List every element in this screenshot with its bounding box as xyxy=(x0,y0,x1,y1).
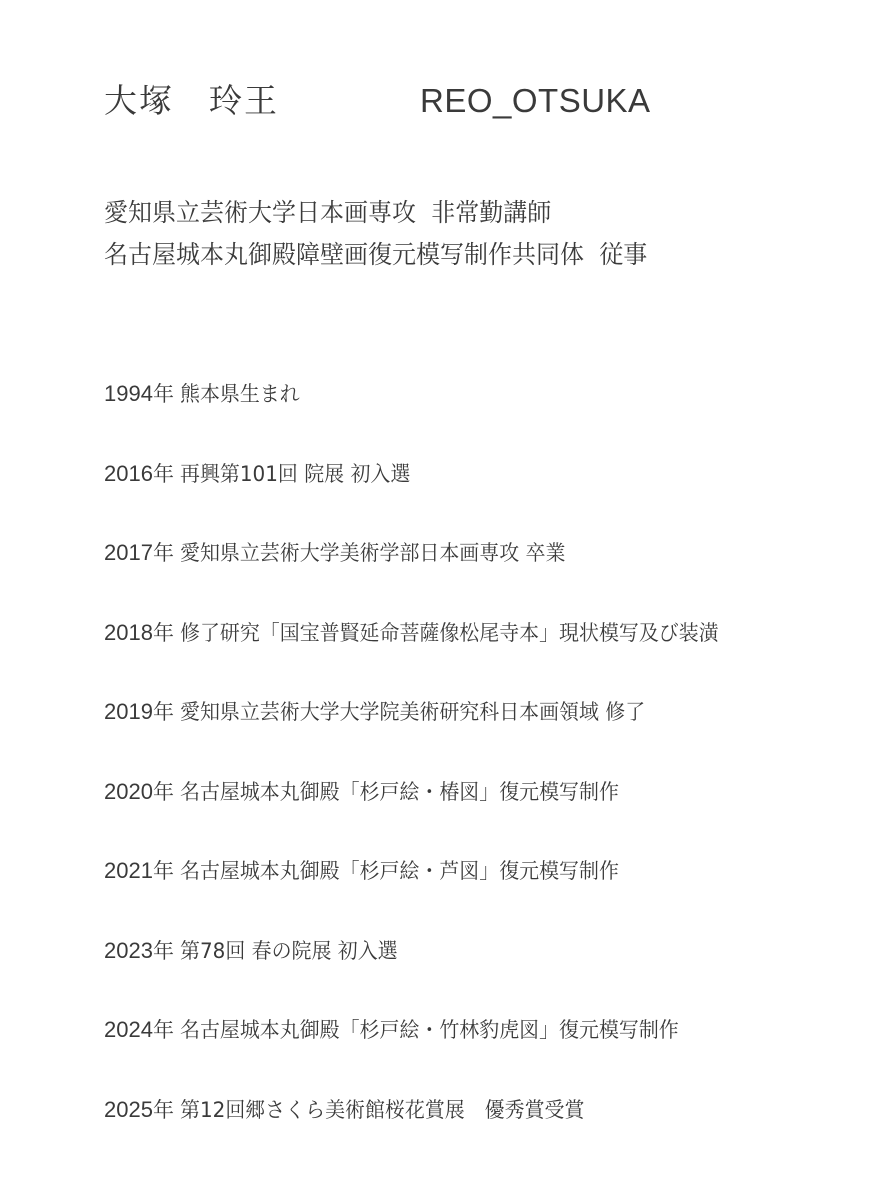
year-suffix: 年 xyxy=(153,931,174,1011)
profile-header: 大塚 玲王 REO_OTSUKA xyxy=(104,78,864,124)
timeline-year: 2025 xyxy=(104,1090,153,1170)
year-suffix: 年 xyxy=(153,772,174,852)
timeline-year: 2018 xyxy=(104,613,153,693)
timeline-item: 2025年第12回郷さくら美術館桜花賞展 優秀賞受賞 xyxy=(104,1090,747,1170)
timeline-year: 2019 xyxy=(104,692,153,772)
affiliations: 愛知県立芸術大学日本画専攻 非常勤講師 名古屋城本丸御殿障壁画復元模写制作共同体… xyxy=(104,192,670,276)
timeline-year: 2024 xyxy=(104,1010,153,1090)
year-suffix: 年 xyxy=(153,851,174,931)
year-suffix: 年 xyxy=(153,613,174,693)
year-suffix: 年 xyxy=(153,1090,174,1170)
affiliation-lecturer: 愛知県立芸術大学日本画専攻 非常勤講師 xyxy=(104,192,647,234)
name-japanese: 大塚 玲王 xyxy=(104,78,279,124)
name-romanized: REO_OTSUKA xyxy=(420,78,651,124)
timeline-item: 2016年再興第101回 院展 初入選 xyxy=(104,454,747,534)
timeline-item: 2021年名古屋城本丸御殿「杉戸絵・芦図」復元模写制作 xyxy=(104,851,747,931)
timeline-year: 2017 xyxy=(104,533,153,613)
timeline-event: 再興第101回 院展 初入選 xyxy=(180,454,410,534)
timeline-event: 名古屋城本丸御殿「杉戸絵・竹林豹虎図」復元模写制作 xyxy=(180,1010,679,1090)
year-suffix: 年 xyxy=(153,374,174,454)
timeline-event: 熊本県生まれ xyxy=(180,374,300,454)
timeline-item: 2019年愛知県立芸術大学大学院美術研究科日本画領域 修了 xyxy=(104,692,747,772)
timeline-item: 2018年修了研究「国宝普賢延命菩薩像松尾寺本」現状模写及び装潢 xyxy=(104,613,747,693)
timeline-event: 第12回郷さくら美術館桜花賞展 優秀賞受賞 xyxy=(180,1090,584,1170)
timeline-event: 愛知県立芸術大学大学院美術研究科日本画領域 修了 xyxy=(180,692,645,772)
timeline-event: 名古屋城本丸御殿「杉戸絵・芦図」復元模写制作 xyxy=(180,851,619,931)
timeline-year: 2016 xyxy=(104,454,153,534)
timeline-year: 2021 xyxy=(104,851,153,931)
timeline-item: 1994年熊本県生まれ xyxy=(104,374,747,454)
timeline-year: 2020 xyxy=(104,772,153,852)
career-timeline: 1994年熊本県生まれ 2016年再興第101回 院展 初入選 2017年愛知県… xyxy=(104,374,747,1169)
timeline-event: 第78回 春の院展 初入選 xyxy=(180,931,398,1011)
timeline-item: 2020年名古屋城本丸御殿「杉戸絵・椿図」復元模写制作 xyxy=(104,772,747,852)
year-suffix: 年 xyxy=(153,1010,174,1090)
year-suffix: 年 xyxy=(153,692,174,772)
timeline-item: 2024年名古屋城本丸御殿「杉戸絵・竹林豹虎図」復元模写制作 xyxy=(104,1010,747,1090)
year-suffix: 年 xyxy=(153,454,174,534)
timeline-event: 愛知県立芸術大学美術学部日本画専攻 卒業 xyxy=(180,533,565,613)
timeline-event: 名古屋城本丸御殿「杉戸絵・椿図」復元模写制作 xyxy=(180,772,619,852)
timeline-item: 2023年第78回 春の院展 初入選 xyxy=(104,931,747,1011)
timeline-event: 修了研究「国宝普賢延命菩薩像松尾寺本」現状模写及び装潢 xyxy=(180,613,719,693)
year-suffix: 年 xyxy=(153,533,174,613)
affiliation-restoration: 名古屋城本丸御殿障壁画復元模写制作共同体 従事 xyxy=(104,234,647,276)
timeline-item: 2017年愛知県立芸術大学美術学部日本画専攻 卒業 xyxy=(104,533,747,613)
timeline-year: 1994 xyxy=(104,374,153,454)
timeline-year: 2023 xyxy=(104,931,153,1011)
